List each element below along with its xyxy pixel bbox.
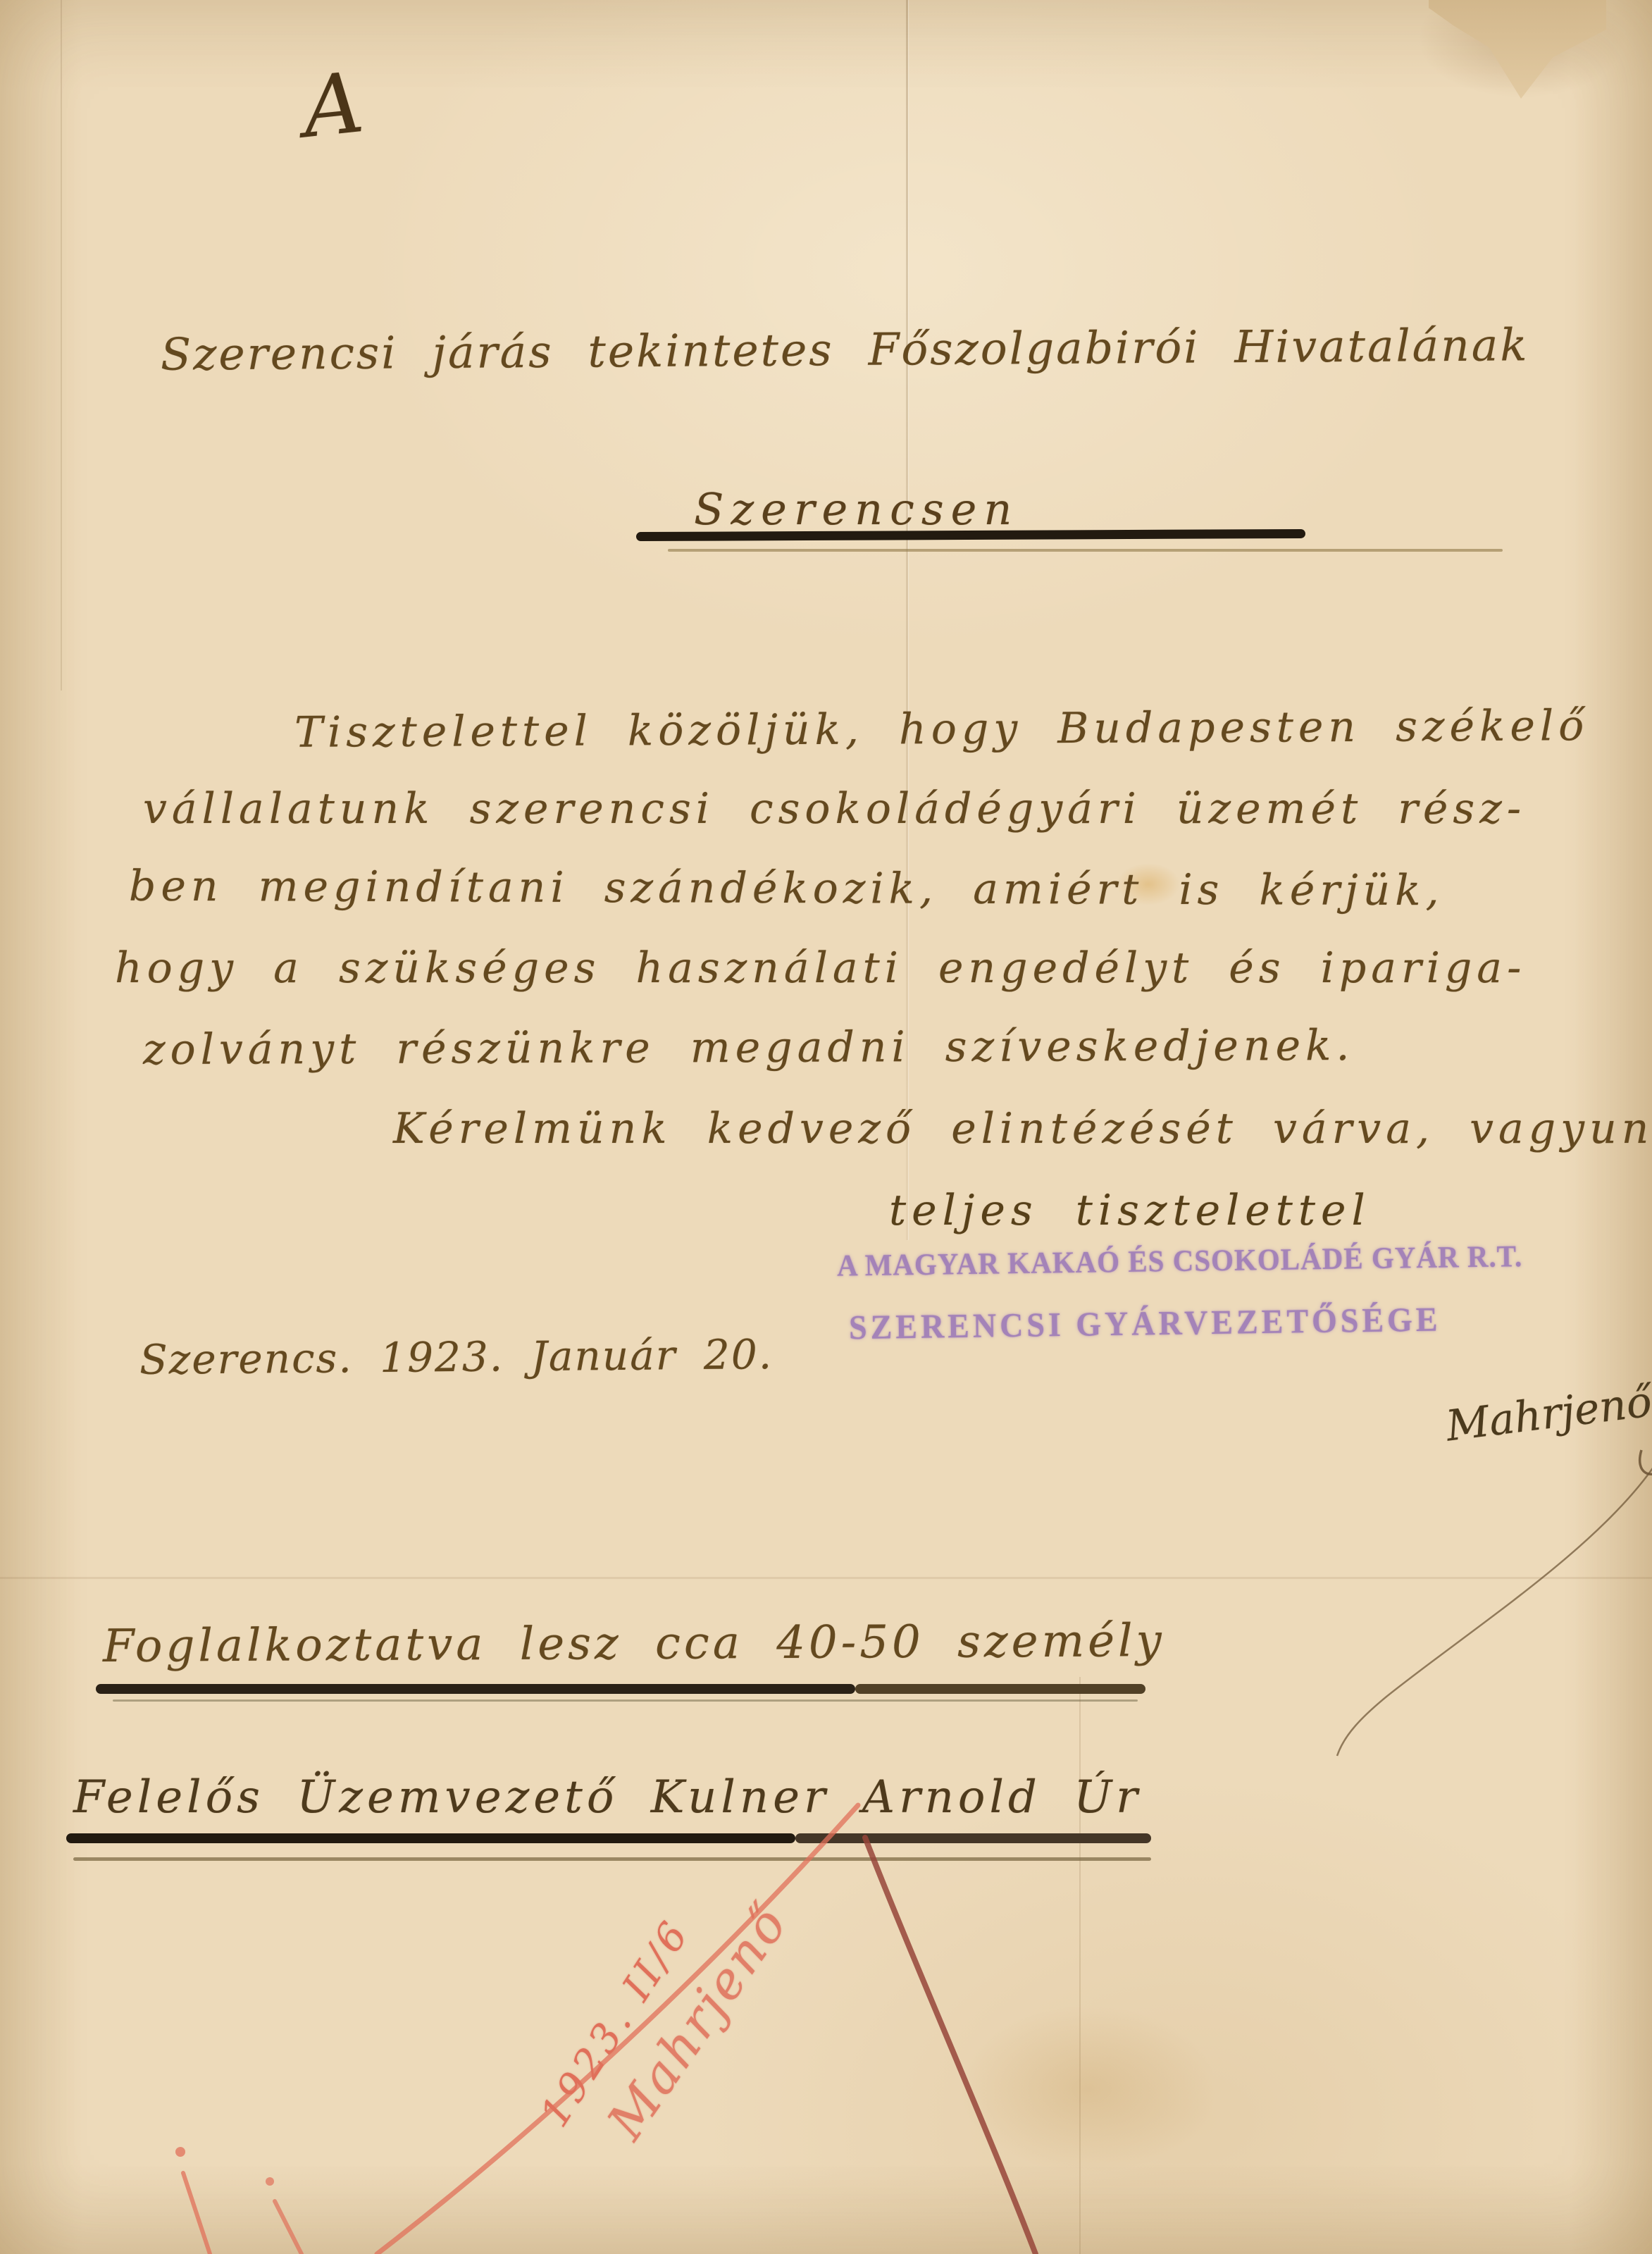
body-line: Kérelmünk kedvező elintézését várva, vag… <box>393 1104 1652 1153</box>
dateline: Szerencs. 1923. Január 20. <box>139 1330 774 1384</box>
employment-note: Foglalkoztatva lesz cca 40-50 személy <box>103 1615 1165 1673</box>
manager-underline-dark <box>66 1833 795 1843</box>
company-stamp-line2: SZERENCSI GYÁRVEZETŐSÉGE <box>849 1300 1385 1347</box>
body-line: hogy a szükséges használati engedélyt és… <box>115 943 1526 993</box>
red-pencil-dot-2 <box>266 2177 274 2186</box>
left-edge-crease <box>61 0 62 691</box>
red-pencil-line-dark <box>865 1838 1036 2254</box>
address-place-underline-thick <box>636 529 1305 541</box>
horizontal-fold-crease <box>0 1577 1652 1579</box>
address-place: Szerencsen <box>694 483 1019 535</box>
address-place-underline-thin <box>668 549 1503 552</box>
body-line: Tisztelettel közöljük, hogy Budapesten s… <box>294 701 1589 757</box>
body-line: ben megindítani szándékozik, amiért is k… <box>129 862 1444 916</box>
body-line: zolványt részünkre megadni szíveskedjene… <box>143 1021 1355 1075</box>
employment-underline-light <box>855 1684 1145 1694</box>
address-line: Szerencsi járás tekintetes Főszolgabirói… <box>161 319 1529 380</box>
torn-corner <box>1429 0 1606 99</box>
red-pencil-mark-left-1 <box>183 2173 210 2254</box>
manager-signature: Mahrjenő <box>1443 1377 1652 1451</box>
body-line: vállalatunk szerencsi csokoládégyári üze… <box>143 784 1526 834</box>
red-pencil-mark-left-2 <box>275 2201 302 2254</box>
red-pencil-dot-1 <box>175 2147 185 2157</box>
closing-line: teljes tisztelettel <box>889 1186 1371 1235</box>
signature-flourish-tail <box>1337 1464 1652 1756</box>
scanned-letter-page: A Szerencsi járás tekintetes Főszolgabir… <box>0 0 1652 2254</box>
employment-underline-thin <box>113 1699 1138 1702</box>
manager-underline-thin <box>73 1857 1151 1861</box>
salutation-initial: A <box>298 54 368 156</box>
manager-underline-light <box>795 1833 1151 1843</box>
employment-underline-dark <box>96 1684 855 1694</box>
company-stamp-line1: A MAGYAR KAKAÓ ÉS CSOKOLÁDÉ GYÁR R.T. <box>837 1239 1424 1283</box>
manager-note: Felelős Üzemvezető Kulner Arnold Úr <box>73 1771 1142 1823</box>
vertical-fold-crease-lower <box>1079 1677 1081 2254</box>
